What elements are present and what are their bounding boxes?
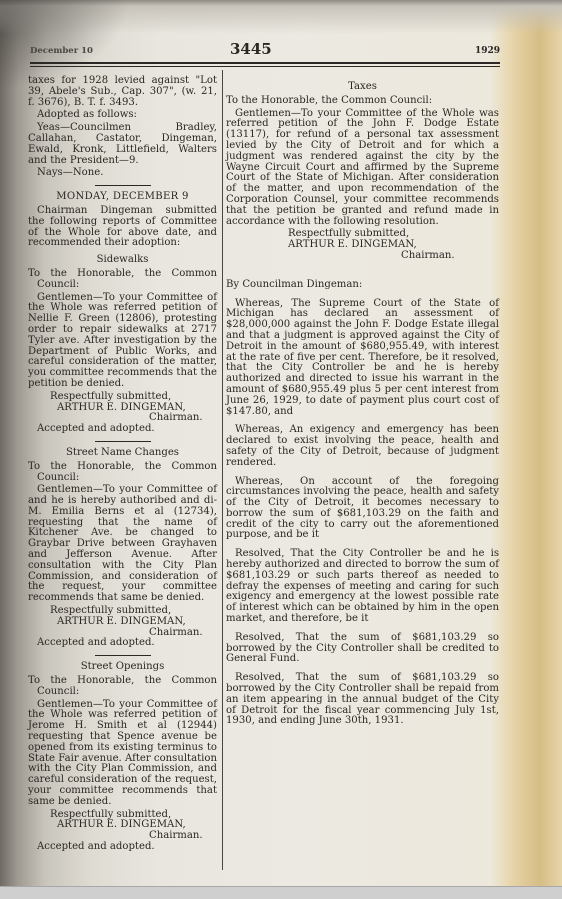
action-note: Accepted and adopted. [28,842,217,853]
resolution-paragraph: Whereas, On account of the foregoing cir… [226,477,499,542]
column-divider [222,70,223,870]
header-rule [30,62,500,64]
action-note: Accepted and adopted. [28,424,217,435]
section-divider [95,185,151,186]
resolution-paragraph: Resolved, That the City Controller be an… [226,549,499,625]
resolution-paragraph: Resolved, That the sum of $681,103.29 so… [226,673,499,727]
section-body: Gentlemen—To your Committee of the Whole… [28,293,217,390]
chairman-intro: Chairman Dingeman submitted the followin… [28,206,217,249]
signature-block: Respectfully submitted, ARTHUR E. DINGEM… [28,810,217,842]
action-note: Accepted and adopted. [28,638,217,649]
left-column: taxes for 1928 levied against "Lot 39, A… [28,76,217,855]
signer-title: Chairman. [226,251,499,262]
signer: ARTHUR E. DINGEMAN, [226,240,499,251]
by-line: By Councilman Dingeman: [226,280,499,291]
section-body: Gentlemen—To your Committee of and he is… [28,485,217,604]
section-divider [95,441,151,442]
section-body: Gentlemen—To your Committee of the Whole… [28,700,217,808]
closing: Respectfully submitted, [28,392,217,403]
header-date: December 10 [30,46,93,56]
resolution-paragraph: Whereas, An exigency and emergency has b… [226,425,499,468]
bottom-edge [0,886,562,899]
section-title-sidewalks: Sidewalks [28,255,217,266]
salutation: To the Honorable, the Common Council: [28,462,217,484]
section-title-street-openings: Street Openings [28,662,217,673]
section-body: Gentlemen—To your Committee of the Whole… [226,109,499,228]
salutation: To the Honorable, the Common Council: [28,269,217,291]
adopted-line: Adopted as follows: [28,110,217,121]
header-year: 1929 [475,46,500,56]
page-number: 3445 [230,40,272,58]
date-heading: MONDAY, DECEMBER 9 [28,192,217,203]
section-divider [95,655,151,656]
nays-vote: Nays—None. [28,168,217,179]
salutation: To the Honorable, the Common Council: [28,676,217,698]
page-header: December 10 3445 1929 [30,40,500,62]
signature-block: Respectfully submitted, ARTHUR E. DINGEM… [28,392,217,424]
salutation: To the Honorable, the Common Council: [226,96,499,107]
header-rule-thin [30,66,500,67]
signature-block: Respectfully submitted, ARTHUR E. DINGEM… [226,229,499,261]
section-title-street-name-changes: Street Name Changes [28,448,217,459]
intro-text: taxes for 1928 levied against "Lot 39, A… [28,76,217,108]
right-column: Taxes To the Honorable, the Common Counc… [226,76,499,729]
signature-block: Respectfully submitted, ARTHUR E. DINGEM… [28,606,217,638]
resolution-paragraph: Resolved, That the sum of $681,103.29 so… [226,633,499,665]
section-title-taxes: Taxes [226,82,499,93]
resolution-paragraph: Whereas, The Supreme Court of the State … [226,299,499,418]
yeas-vote: Yeas—Councilmen Bradley, Callahan, Casta… [28,123,217,166]
